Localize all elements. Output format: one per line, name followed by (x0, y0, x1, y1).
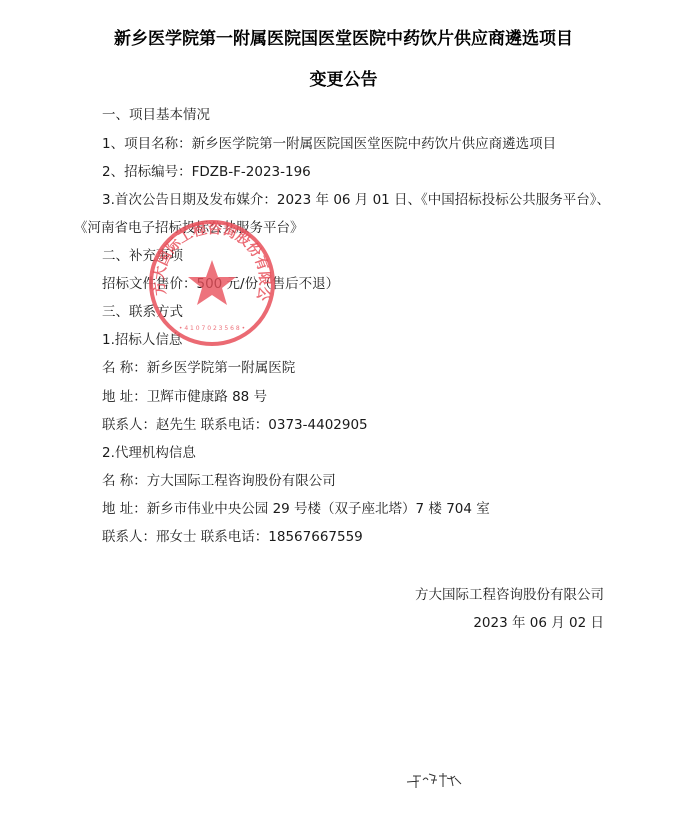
agent-heading: 2.代理机构信息 (102, 441, 196, 461)
footer-company: 方大国际工程咨询股份有限公司 (415, 583, 604, 603)
section-contact-heading: 三、联系方式 (102, 300, 183, 320)
tenderer-contact: 联系人：赵先生 联系电话：0373-4402905 (102, 413, 368, 433)
section-basic-heading: 一、项目基本情况 (102, 103, 210, 123)
first-notice-line1: 3.首次公告日期及发布媒介：2023 年 06 月 01 日、《中国招标投标公共… (102, 188, 610, 208)
agent-address: 地 址：新乡市伟业中央公园 29 号楼（双子座北塔）7 楼 704 室 (102, 497, 490, 517)
tenderer-address: 地 址：卫辉市健康路 88 号 (102, 385, 267, 405)
project-name: 1、项目名称：新乡医学院第一附属医院国医堂医院中药饮片供应商遴选项目 (102, 132, 556, 152)
document-title: 新乡医学院第一附属医院国医堂医院中药饮片供应商遴选项目 (0, 24, 687, 49)
agent-name: 名 称：方大国际工程咨询股份有限公司 (102, 469, 336, 489)
agent-contact: 联系人：邢女士 联系电话：18567667559 (102, 525, 363, 545)
bid-number: 2、招标编号：FDZB-F-2023-196 (102, 160, 311, 180)
tenderer-name: 名 称：新乡医学院第一附属医院 (102, 356, 295, 376)
footer-date: 2023 年 06 月 02 日 (473, 611, 604, 631)
document-price: 招标文件售价：500 元/份（售后不退） (102, 272, 339, 292)
section-supplement-heading: 二、补充事项 (102, 244, 183, 264)
tenderer-heading: 1.招标人信息 (102, 328, 182, 348)
first-notice-line2: 《河南省电子招标投标公共服务平台》 (74, 216, 304, 236)
document-subtitle: 变更公告 (0, 65, 687, 90)
signature-icon (405, 768, 465, 792)
svg-text:• 4 1 0 7 0 2 3 5 6 8 •: • 4 1 0 7 0 2 3 5 6 8 • (179, 325, 245, 332)
